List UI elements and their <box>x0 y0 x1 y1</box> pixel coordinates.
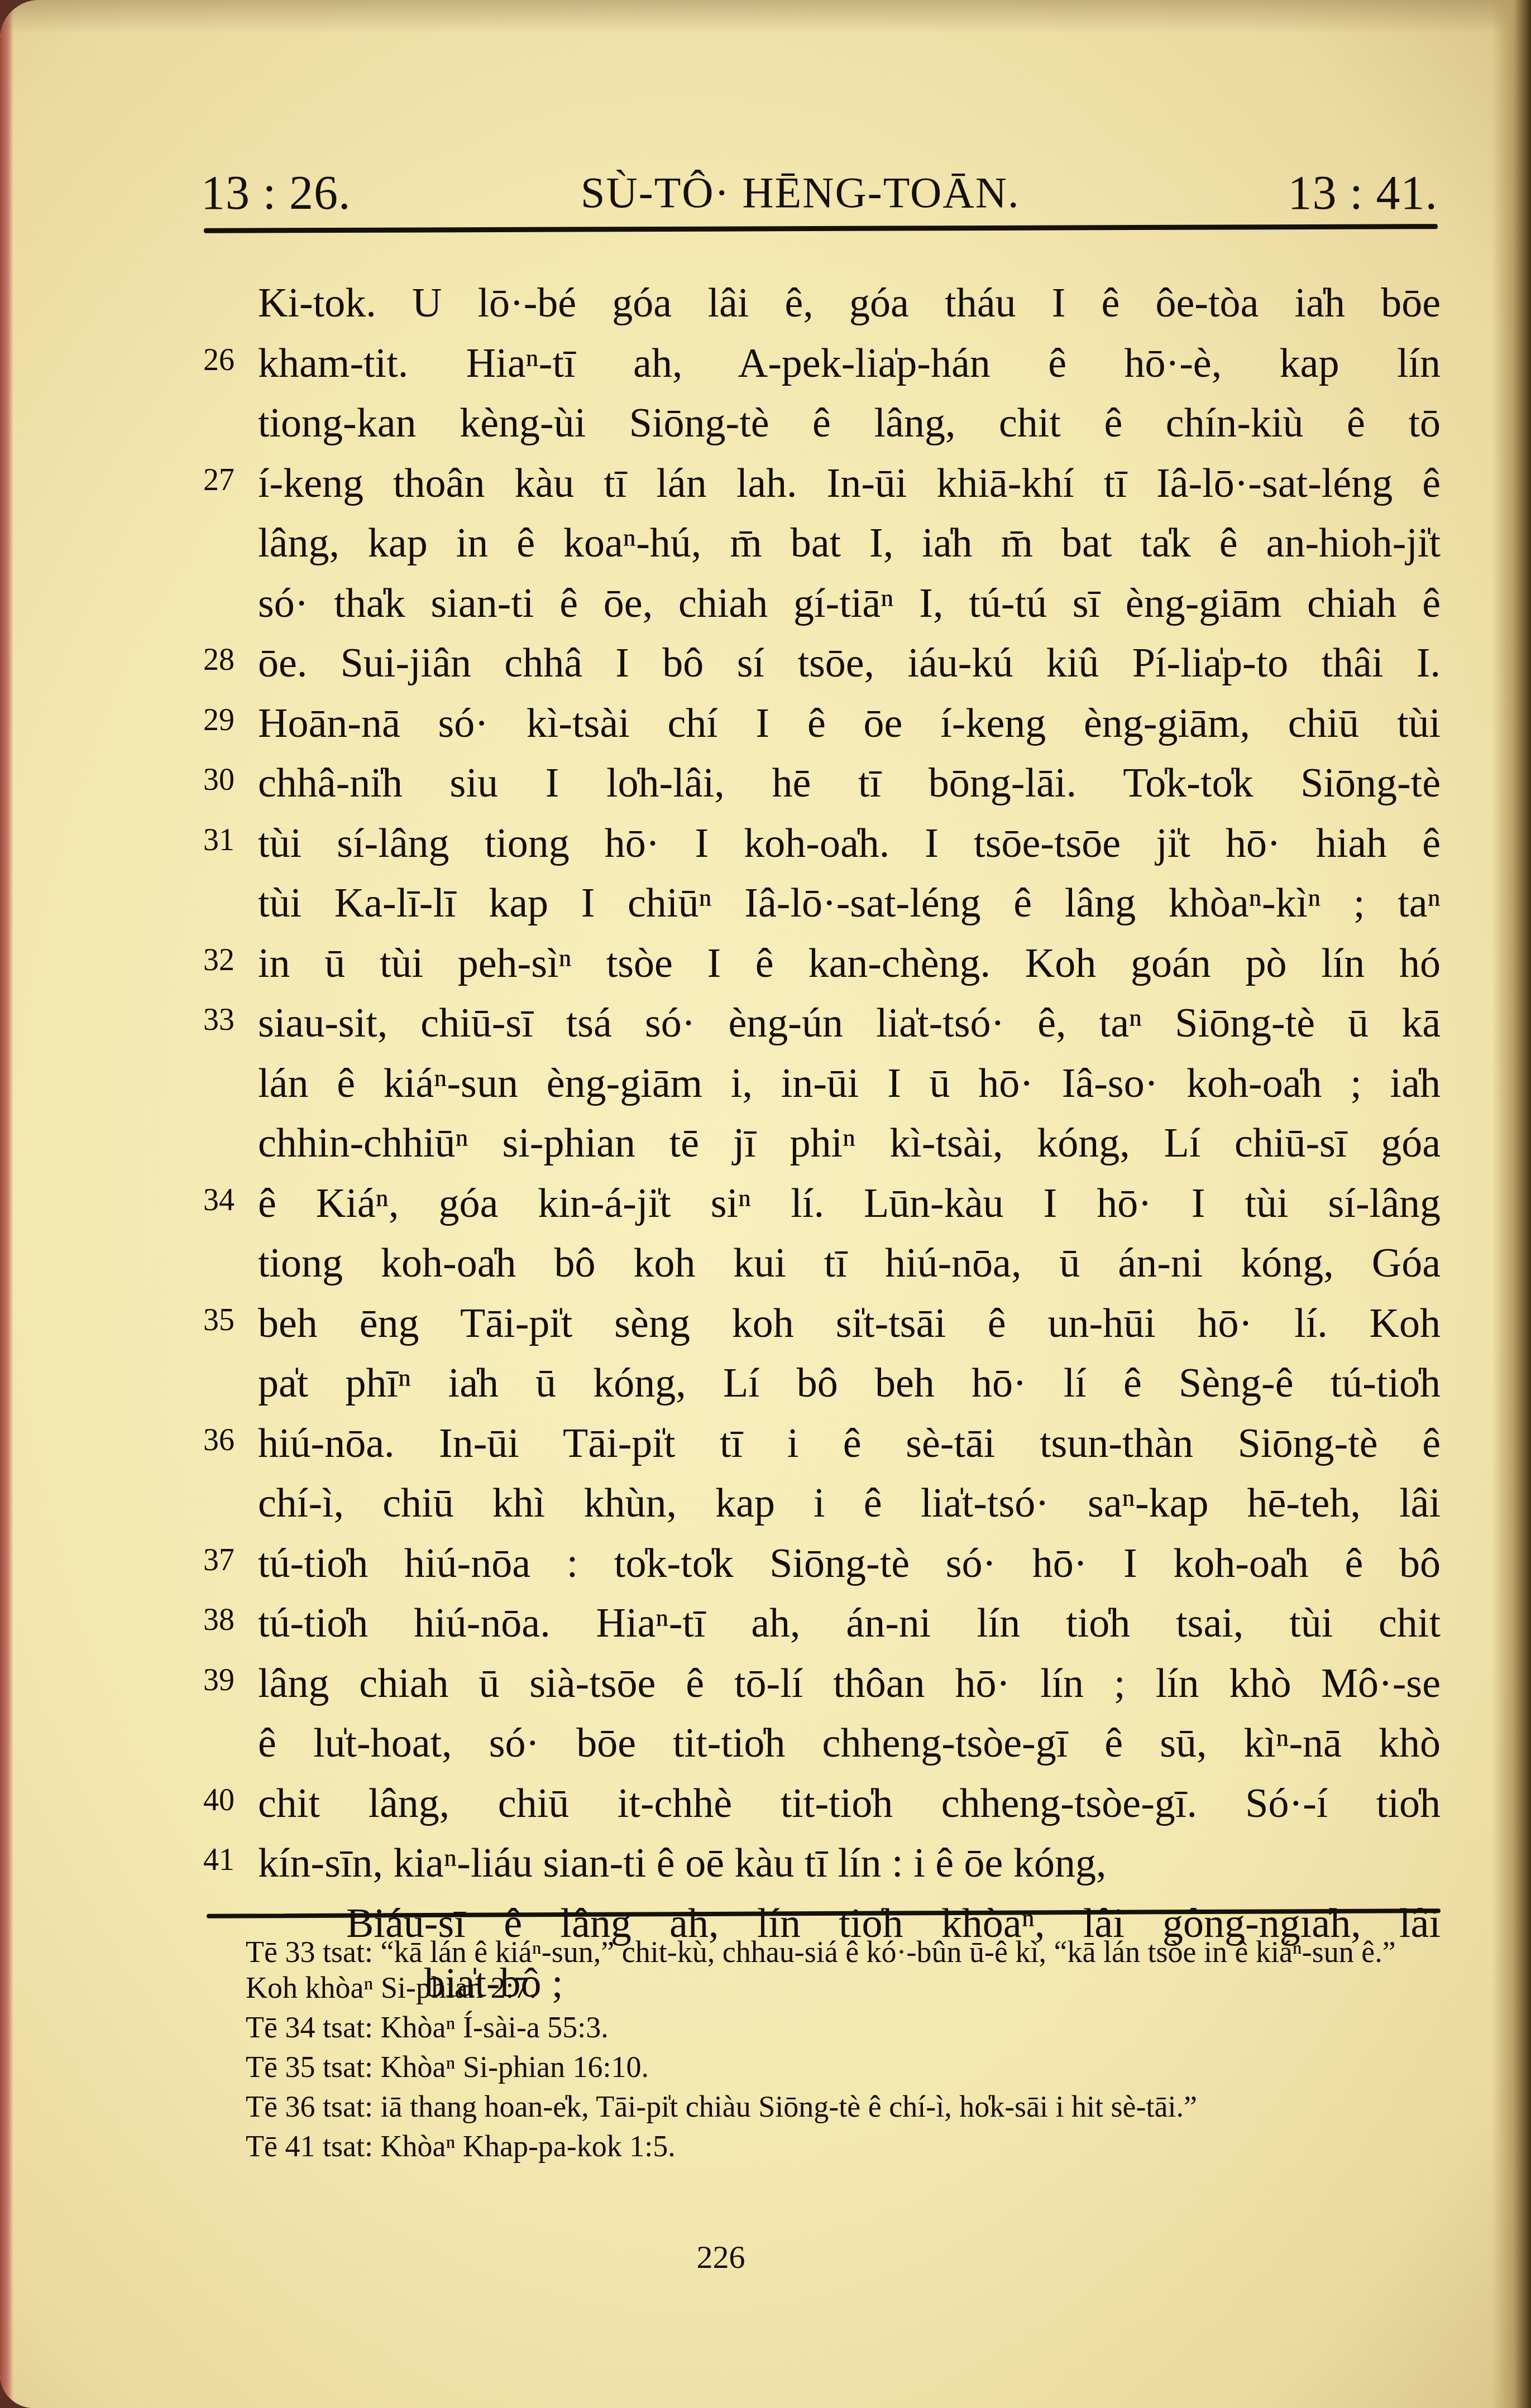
line-text: chí-ì, chiū khì khùn, kap i ê lia̍t-tsó·… <box>258 1480 1441 1526</box>
footnote: Tē 36 tsat: iā thang hoan-e̍k, Tāi-pi̍t … <box>212 2089 1441 2124</box>
text-line: tùi Ka-lī-lī kap I chiūⁿ Iâ-lō·-sat-léng… <box>207 874 1441 934</box>
line-text: Hoān-nā só· kì-tsài chí I ê ōe í-keng èn… <box>258 701 1441 746</box>
footnote: Tē 34 tsat: Khòaⁿ Í-sài-a 55:3. <box>212 2009 1441 2045</box>
text-line: pa̍t phīⁿ ia̍h ū kóng, Lí bô beh hō· lí … <box>207 1354 1441 1414</box>
verse-number: 32 <box>203 930 235 991</box>
footnotes: Tē 33 tsat: “kā lán ê kiáⁿ-sun,” chit-kù… <box>212 1934 1441 2168</box>
line-text: hiú-nōa. In-ūi Tāi-pi̍t tī i ê sè-tāi ts… <box>258 1421 1441 1466</box>
text-line: 35beh ēng Tāi-pi̍t sèng koh si̍t-tsāi ê … <box>207 1294 1441 1354</box>
line-text: kín-sīn, kiaⁿ-liáu sian-ti ê oē kàu tī l… <box>258 1840 1106 1886</box>
text-line: 29Hoān-nā só· kì-tsài chí I ê ōe í-keng … <box>207 694 1441 754</box>
line-text: ê Kiáⁿ, góa kin-á-ji̍t siⁿ lí. Lūn-kàu I… <box>258 1181 1441 1226</box>
footnote-text: Khòaⁿ Í-sài-a 55:3. <box>380 2011 608 2044</box>
chapter-verse-end: 13 : 41. <box>1288 162 1438 223</box>
line-text: ōe. Sui-jiân chhâ I bô sí tsōe, iáu-kú k… <box>258 640 1441 686</box>
text-line: 37tú-tio̍h hiú-nōa : to̍k-to̍k Siōng-tè … <box>207 1534 1441 1594</box>
verse-number: 27 <box>203 450 235 511</box>
footnote-text: “kā lán ê kiáⁿ-sun,” chit-kù, chhau-siá … <box>246 1935 1396 2004</box>
running-head: 13 : 26. SÙ-TÔ· HĒNG-TOĀN. 13 : 41. <box>201 162 1438 223</box>
verse-number: 31 <box>203 810 235 871</box>
verse-number: 30 <box>203 750 235 810</box>
book-page: 13 : 26. SÙ-TÔ· HĒNG-TOĀN. 13 : 41. Ki-t… <box>0 0 1531 2408</box>
page-shadow <box>0 0 1531 33</box>
footnote-label: Tē 34 tsat: <box>246 2011 373 2044</box>
chapter-verse-start: 13 : 26. <box>201 162 351 223</box>
text-line: 28ōe. Sui-jiân chhâ I bô sí tsōe, iáu-kú… <box>207 634 1441 694</box>
line-text: Ki-tok. U lō·-bé góa lâi ê, góa tháu I ê… <box>258 280 1441 326</box>
line-text: lâng chiah ū sià-tsōe ê tō-lí thôan hō· … <box>258 1661 1441 1706</box>
line-text: tú-tio̍h hiú-nōa. Hiaⁿ-tī ah, án-ni lín … <box>258 1600 1441 1646</box>
main-text: Ki-tok. U lō·-bé góa lâi ê, góa tháu I ê… <box>207 274 1441 2014</box>
verse-number: 41 <box>203 1830 235 1891</box>
line-text: ê lu̍t-hoat, só· bōe tit-tio̍h chheng-ts… <box>258 1720 1441 1766</box>
text-line: tiong-kan kèng-ùi Siōng-tè ê lâng, chit … <box>207 394 1441 454</box>
verse-number: 26 <box>203 330 235 391</box>
text-line: 33siau-sit, chiū-sī tsá só· èng-ún lia̍t… <box>207 994 1441 1054</box>
line-text: chhin-chhiūⁿ si-phian tē jī phiⁿ kì-tsài… <box>258 1120 1441 1166</box>
line-text: beh ēng Tāi-pi̍t sèng koh si̍t-tsāi ê un… <box>258 1301 1441 1346</box>
verse-number: 38 <box>203 1590 235 1651</box>
text-line: 34ê Kiáⁿ, góa kin-á-ji̍t siⁿ lí. Lūn-kàu… <box>207 1174 1441 1234</box>
text-line: tiong koh-oa̍h bô koh kui tī hiú-nōa, ū … <box>207 1234 1441 1294</box>
text-line: ê lu̍t-hoat, só· bōe tit-tio̍h chheng-ts… <box>207 1714 1441 1774</box>
line-text: tú-tio̍h hiú-nōa : to̍k-to̍k Siōng-tè só… <box>258 1541 1441 1586</box>
text-line: 31tùi sí-lâng tiong hō· I koh-oa̍h. I ts… <box>207 814 1441 874</box>
text-line: 36hiú-nōa. In-ūi Tāi-pi̍t tī i ê sè-tāi … <box>207 1414 1441 1474</box>
footnote-text: Khòaⁿ Si-phian 16:10. <box>380 2050 648 2084</box>
line-text: chhâ-ni̍h siu I lo̍h-lâi, hē tī bōng-lāi… <box>258 760 1441 806</box>
verse-number: 33 <box>203 990 235 1050</box>
text-line: 41kín-sīn, kiaⁿ-liáu sian-ti ê oē kàu tī… <box>207 1834 1441 1894</box>
verse-number: 34 <box>203 1171 235 1231</box>
book-title: SÙ-TÔ· HĒNG-TOĀN. <box>581 162 1020 223</box>
text-line: chhin-chhiūⁿ si-phian tē jī phiⁿ kì-tsài… <box>207 1114 1441 1174</box>
verse-number: 36 <box>203 1411 235 1471</box>
line-text: lâng, kap in ê koaⁿ-hú, m̄ bat I, ia̍h m… <box>258 520 1441 566</box>
text-line: 32in ū tùi peh-sìⁿ tsòe I ê kan-chèng. K… <box>207 934 1441 994</box>
verse-number: 39 <box>203 1651 235 1711</box>
verse-number: 35 <box>203 1291 235 1351</box>
header-rule <box>204 224 1438 233</box>
verse-number: 29 <box>203 690 235 751</box>
footnote-label: Tē 41 tsat: <box>246 2129 373 2163</box>
footnote-label: Tē 33 tsat: <box>246 1935 373 1969</box>
footnote-label: Tē 36 tsat: <box>246 2090 373 2123</box>
line-text: pa̍t phīⁿ ia̍h ū kóng, Lí bô beh hō· lí … <box>258 1360 1441 1406</box>
footnote-label: Tē 35 tsat: <box>246 2050 373 2084</box>
line-text: só· tha̍k sian-ti ê ōe, chiah gí-tiāⁿ I,… <box>258 581 1441 626</box>
page-number: 226 <box>0 2238 1531 2276</box>
line-text: siau-sit, chiū-sī tsá só· èng-ún lia̍t-t… <box>258 1000 1441 1046</box>
line-text: tùi Ka-lī-lī kap I chiūⁿ Iâ-lō·-sat-léng… <box>258 880 1441 926</box>
line-text: lán ê kiáⁿ-sun èng-giām i, in-ūi I ū hō·… <box>258 1061 1441 1106</box>
text-line: 40chit lâng, chiū it-chhè tit-tio̍h chhe… <box>207 1774 1441 1834</box>
text-line: 26kham-tit. Hiaⁿ-tī ah, A-pek-lia̍p-hán … <box>207 334 1441 394</box>
line-text: tùi sí-lâng tiong hō· I koh-oa̍h. I tsōe… <box>258 821 1441 866</box>
line-text: kham-tit. Hiaⁿ-tī ah, A-pek-lia̍p-hán ê … <box>258 340 1441 386</box>
line-text: tiong koh-oa̍h bô koh kui tī hiú-nōa, ū … <box>258 1240 1441 1286</box>
text-line: lán ê kiáⁿ-sun èng-giām i, in-ūi I ū hō·… <box>207 1054 1441 1114</box>
footnote: Tē 35 tsat: Khòaⁿ Si-phian 16:10. <box>212 2049 1441 2085</box>
footnote: Tē 33 tsat: “kā lán ê kiáⁿ-sun,” chit-kù… <box>212 1934 1441 2006</box>
text-line: 30chhâ-ni̍h siu I lo̍h-lâi, hē tī bōng-l… <box>207 754 1441 814</box>
verse-number: 40 <box>203 1771 235 1831</box>
text-line: 38tú-tio̍h hiú-nōa. Hiaⁿ-tī ah, án-ni lí… <box>207 1594 1441 1654</box>
verse-number: 37 <box>203 1531 235 1591</box>
footnote: Tē 41 tsat: Khòaⁿ Khap-pa-kok 1:5. <box>212 2128 1441 2164</box>
text-line: 39lâng chiah ū sià-tsōe ê tō-lí thôan hō… <box>207 1654 1441 1714</box>
text-line: só· tha̍k sian-ti ê ōe, chiah gí-tiāⁿ I,… <box>207 574 1441 634</box>
text-line: Ki-tok. U lō·-bé góa lâi ê, góa tháu I ê… <box>207 274 1441 334</box>
text-line: 27í-keng thoân kàu tī lán lah. In-ūi khi… <box>207 454 1441 514</box>
text-line: lâng, kap in ê koaⁿ-hú, m̄ bat I, ia̍h m… <box>207 514 1441 574</box>
line-text: tiong-kan kèng-ùi Siōng-tè ê lâng, chit … <box>258 400 1441 446</box>
line-text: í-keng thoân kàu tī lán lah. In-ūi khiā-… <box>258 461 1441 506</box>
text-line: chí-ì, chiū khì khùn, kap i ê lia̍t-tsó·… <box>207 1474 1441 1534</box>
footnote-text: Khòaⁿ Khap-pa-kok 1:5. <box>380 2129 675 2163</box>
line-text: in ū tùi peh-sìⁿ tsòe I ê kan-chèng. Koh… <box>258 941 1441 986</box>
line-text: chit lâng, chiū it-chhè tit-tio̍h chheng… <box>258 1781 1441 1826</box>
verse-number: 28 <box>203 630 235 690</box>
footnote-text: iā thang hoan-e̍k, Tāi-pi̍t chiàu Siōng-… <box>380 2090 1197 2123</box>
